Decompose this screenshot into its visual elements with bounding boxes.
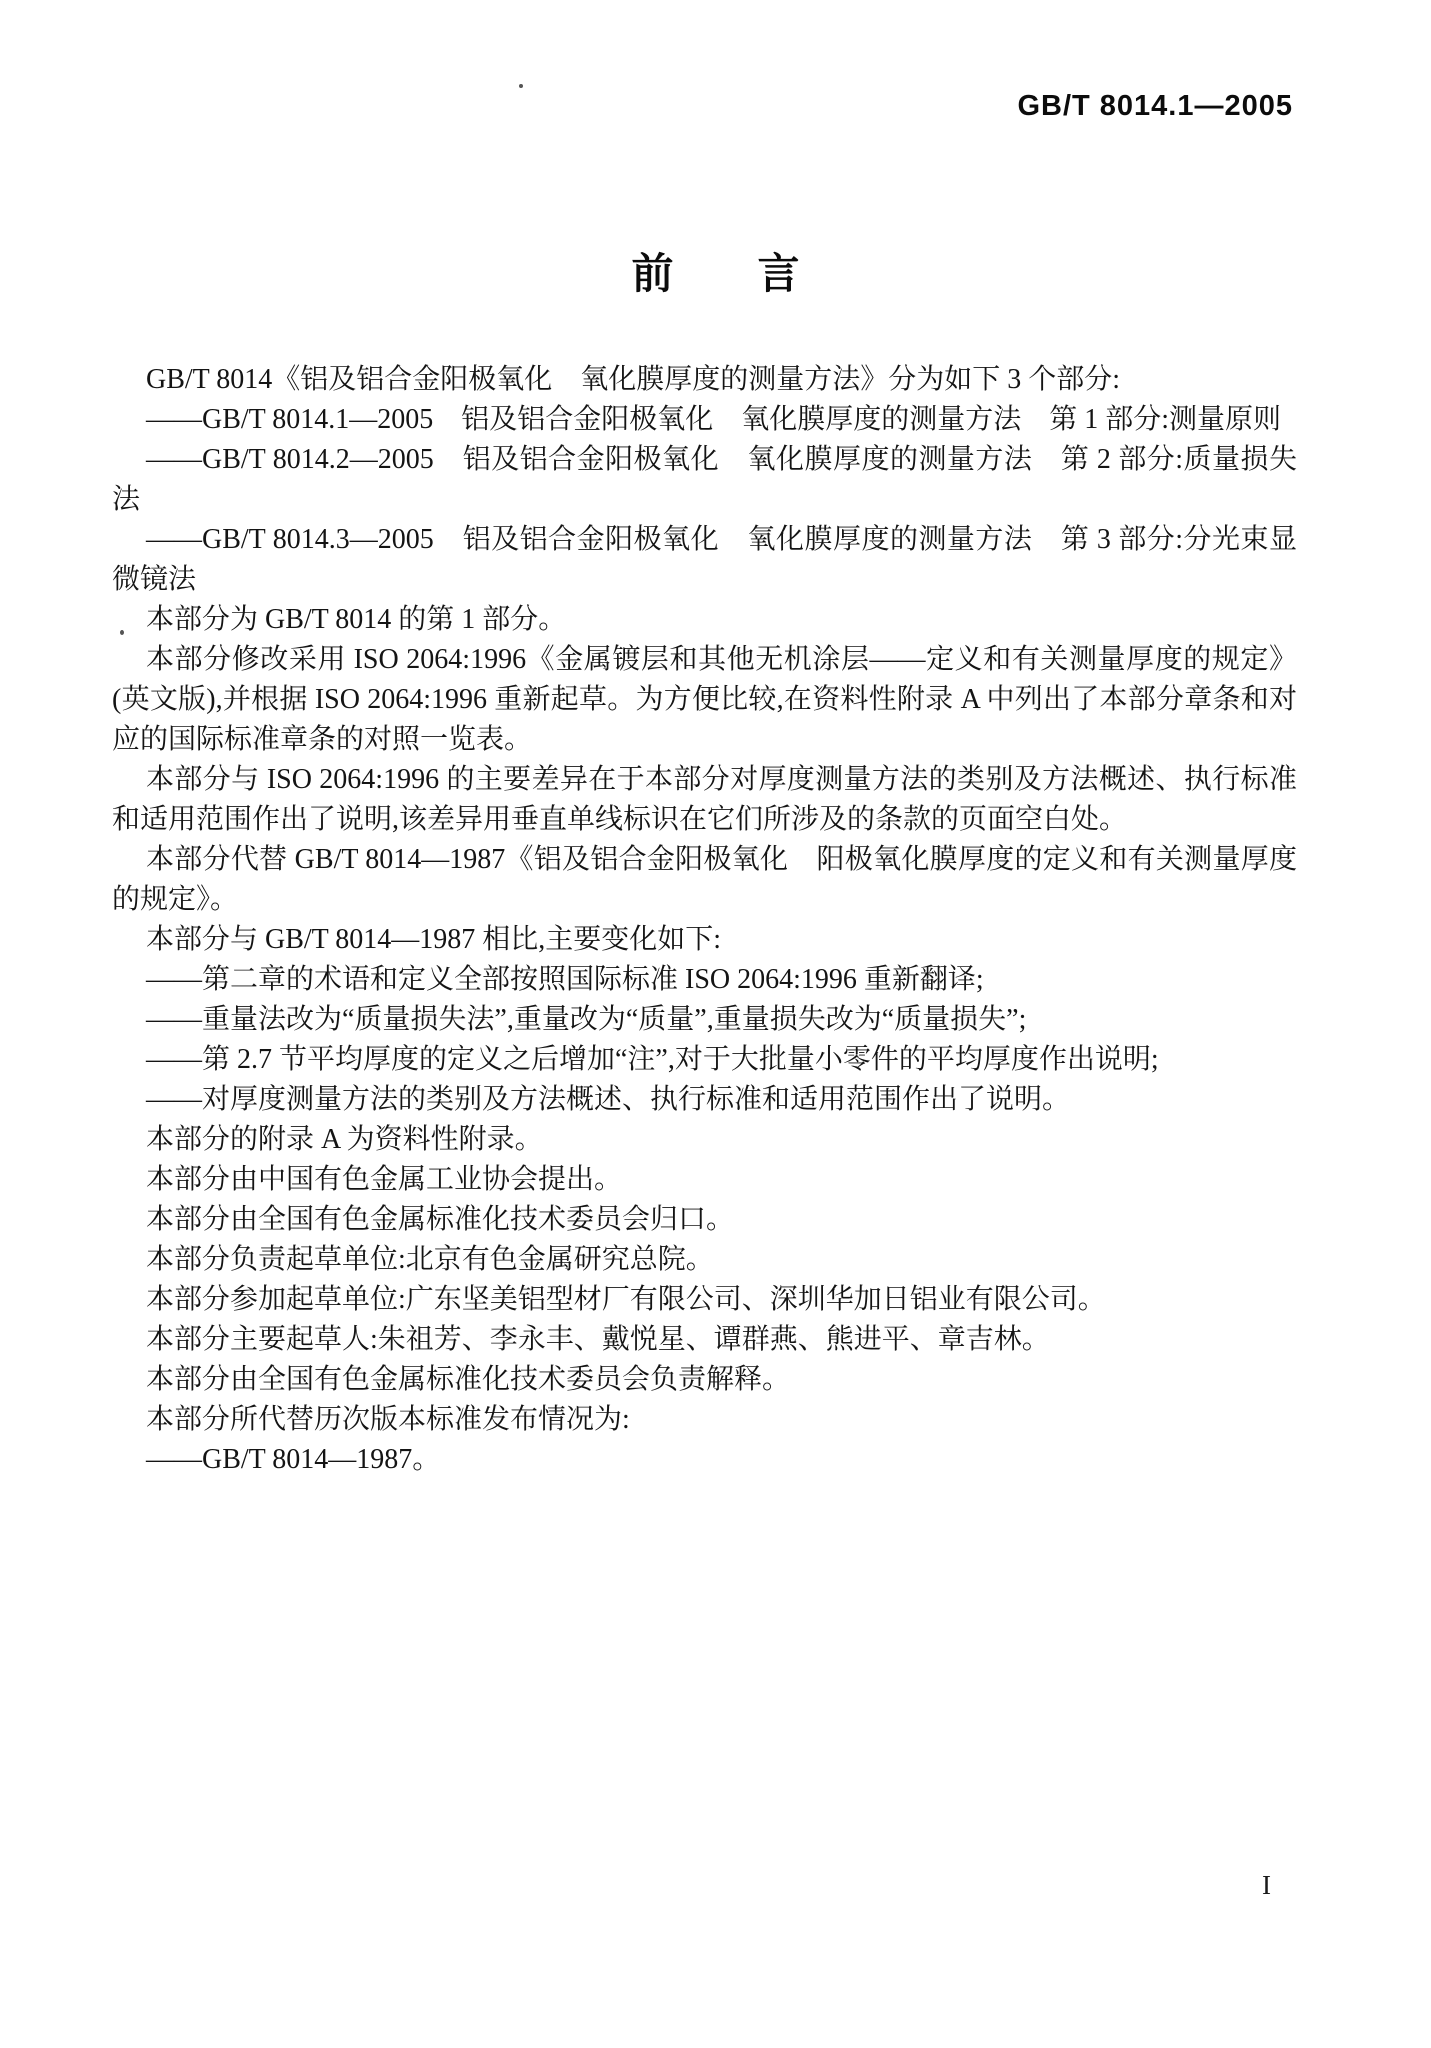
foreword-paragraph: 本部分所代替历次版本标准发布情况为: <box>112 1400 1297 1440</box>
foreword-paragraph: ——第二章的术语和定义全部按照国际标准 ISO 2064:1996 重新翻译; <box>112 960 1297 1000</box>
foreword-paragraph: GB/T 8014《铝及铝合金阳极氧化 氧化膜厚度的测量方法》分为如下 3 个部… <box>112 360 1297 400</box>
foreword-paragraph: ——第 2.7 节平均厚度的定义之后增加“注”,对于大批量小零件的平均厚度作出说… <box>112 1040 1297 1080</box>
foreword-paragraph: ——GB/T 8014.3—2005 铝及铝合金阳极氧化 氧化膜厚度的测量方法 … <box>112 520 1297 600</box>
foreword-paragraph: 本部分修改采用 ISO 2064:1996《金属镀层和其他无机涂层——定义和有关… <box>112 640 1297 760</box>
foreword-paragraph: 本部分主要起草人:朱祖芳、李永丰、戴悦星、谭群燕、熊进平、章吉林。 <box>112 1320 1297 1360</box>
scan-speck-dot <box>519 84 523 88</box>
foreword-paragraph: ——重量法改为“质量损失法”,重量改为“质量”,重量损失改为“质量损失”; <box>112 1000 1297 1040</box>
foreword-paragraph: 本部分由全国有色金属标准化技术委员会归口。 <box>112 1200 1297 1240</box>
foreword-paragraph: 本部分参加起草单位:广东坚美铝型材厂有限公司、深圳华加日铝业有限公司。 <box>112 1280 1297 1320</box>
foreword-paragraph: 本部分与 ISO 2064:1996 的主要差异在于本部分对厚度测量方法的类别及… <box>112 760 1297 840</box>
foreword-paragraph: 本部分由中国有色金属工业协会提出。 <box>112 1160 1297 1200</box>
page-number: I <box>1262 1870 1271 1901</box>
foreword-paragraph: 本部分负责起草单位:北京有色金属研究总院。 <box>112 1240 1297 1280</box>
foreword-paragraph: 本部分与 GB/T 8014—1987 相比,主要变化如下: <box>112 920 1297 960</box>
standard-code-header: GB/T 8014.1—2005 <box>1017 90 1293 123</box>
foreword-paragraph: 本部分由全国有色金属标准化技术委员会负责解释。 <box>112 1360 1297 1400</box>
foreword-paragraph: ——GB/T 8014.1—2005 铝及铝合金阳极氧化 氧化膜厚度的测量方法 … <box>112 400 1297 440</box>
foreword-paragraph: 本部分为 GB/T 8014 的第 1 部分。 <box>112 600 1297 640</box>
page-title: 前 言 <box>0 241 1431 301</box>
foreword-body: GB/T 8014《铝及铝合金阳极氧化 氧化膜厚度的测量方法》分为如下 3 个部… <box>112 360 1297 1480</box>
foreword-paragraph: ——GB/T 8014.2—2005 铝及铝合金阳极氧化 氧化膜厚度的测量方法 … <box>112 440 1297 520</box>
foreword-paragraph: 本部分的附录 A 为资料性附录。 <box>112 1120 1297 1160</box>
foreword-paragraph: ——GB/T 8014—1987。 <box>112 1440 1297 1480</box>
document-page: { "page": { "header_code": "GB/T 8014.1—… <box>0 0 1431 2048</box>
foreword-paragraph: ——对厚度测量方法的类别及方法概述、执行标准和适用范围作出了说明。 <box>112 1080 1297 1120</box>
foreword-paragraph: 本部分代替 GB/T 8014—1987《铝及铝合金阳极氧化 阳极氧化膜厚度的定… <box>112 840 1297 920</box>
